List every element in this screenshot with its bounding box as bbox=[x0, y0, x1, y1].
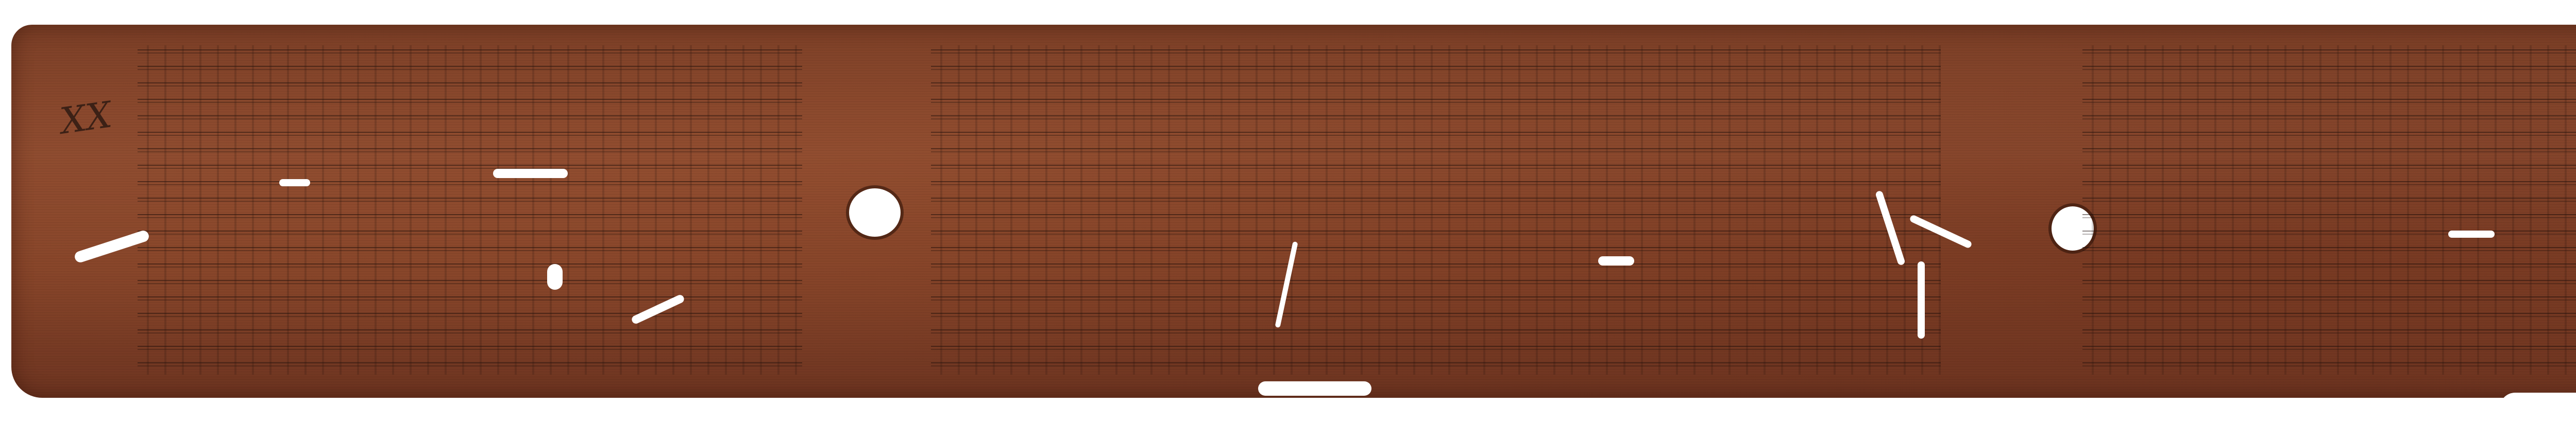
damage-spot bbox=[493, 169, 568, 178]
damage-spot bbox=[547, 264, 563, 290]
damage-spot bbox=[1598, 256, 1634, 266]
text-block-right bbox=[2082, 45, 2576, 375]
damage-spot bbox=[2448, 231, 2495, 238]
binding-hole-left bbox=[849, 188, 901, 237]
left-margin-folio-mark: XX bbox=[58, 93, 114, 142]
damage-spot bbox=[2500, 393, 2576, 413]
damage-spot bbox=[279, 179, 310, 186]
damage-spot bbox=[1918, 261, 1925, 339]
text-block-middle bbox=[931, 45, 1941, 375]
palm-leaf-folio: XX 394 bbox=[11, 25, 2576, 398]
damage-spot bbox=[1258, 381, 1371, 396]
text-block-left bbox=[138, 45, 802, 375]
